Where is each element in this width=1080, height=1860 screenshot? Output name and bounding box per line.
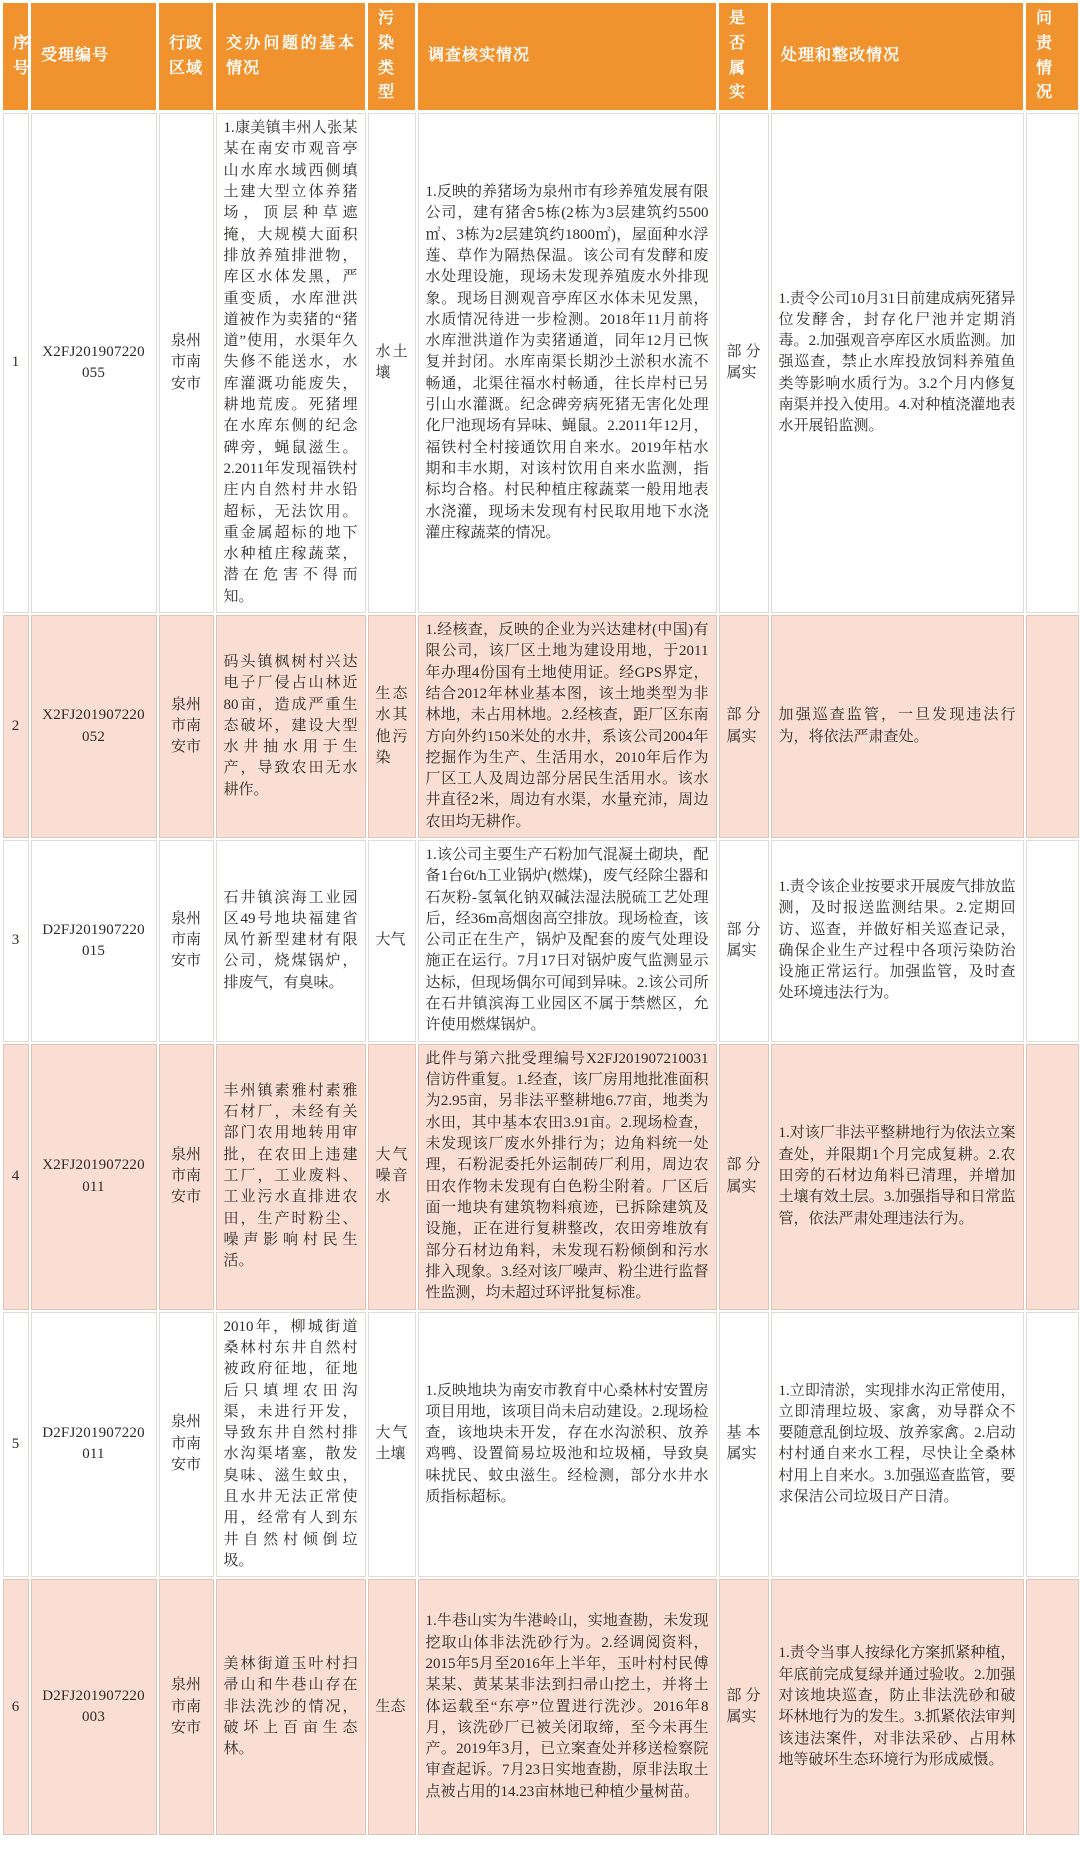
cell-acceptance-no: D2FJ201907220015 — [30, 839, 158, 1043]
table-row: 6 D2FJ201907220003 泉州市南安市 美林街道玉叶村扫帚山和牛巷山… — [2, 1578, 1080, 1836]
col-header-serial: 序号 — [2, 2, 30, 112]
cell-serial: 5 — [2, 1311, 30, 1579]
cell-pollution-type: 大气土壤 — [367, 1311, 417, 1579]
cell-investigation: 1.牛巷山实为牛港岭山，实地查勘，未发现挖取山体非法洗砂行为。2.经调阅资料，2… — [417, 1578, 718, 1836]
cell-acceptance-no: X2FJ201907220052 — [30, 614, 158, 839]
cell-rectification: 加强巡查监管，一旦发现违法行为，将依法严肃查处。 — [770, 614, 1025, 839]
header-row: 序号 受理编号 行政区域 交办问题的基本情况 污染类型 调查核实情况 是否属实 … — [2, 2, 1080, 112]
cell-serial: 3 — [2, 839, 30, 1043]
cell-acceptance-no: D2FJ201907220011 — [30, 1311, 158, 1579]
cell-accountability — [1025, 1578, 1080, 1836]
table-row: 4 X2FJ201907220011 泉州市南安市 丰州镇素雅村素雅石材厂，未经… — [2, 1043, 1080, 1311]
cell-acceptance-no: D2FJ201907220003 — [30, 1578, 158, 1836]
col-header-problem: 交办问题的基本情况 — [215, 2, 367, 112]
table-row-partial — [2, 1836, 1080, 1859]
col-header-region: 行政区域 — [158, 2, 215, 112]
cell-verified: 部分属实 — [718, 614, 770, 839]
cell-accountability — [1025, 112, 1080, 614]
cell-pollution-type: 大气噪音水 — [367, 1043, 417, 1311]
cell-investigation: 此件与第六批受理编号X2FJ201907210031信访件重复。1.经查，该厂房… — [417, 1043, 718, 1311]
col-header-verified: 是否属实 — [718, 2, 770, 112]
cell-region: 泉州市南安市 — [158, 839, 215, 1043]
cell-accountability — [1025, 614, 1080, 839]
table-row: 5 D2FJ201907220011 泉州市南安市 2010年，柳城街道桑林村东… — [2, 1311, 1080, 1579]
table-row: 1 X2FJ201907220055 泉州市南安市 1.康美镇丰州人张某某在南安… — [2, 112, 1080, 614]
cell-pollution-type: 生态水其他污染 — [367, 614, 417, 839]
cell-serial: 1 — [2, 112, 30, 614]
cell-accountability — [1025, 839, 1080, 1043]
cell-pollution-type: 水土壤 — [367, 112, 417, 614]
col-header-pollution-type: 污染类型 — [367, 2, 417, 112]
cell-problem: 2010年，柳城街道桑林村东井自然村被政府征地，征地后只填埋农田沟渠，未进行开发… — [215, 1311, 367, 1579]
cell-region: 泉州市南安市 — [158, 1043, 215, 1311]
cell-problem: 美林街道玉叶村扫帚山和牛巷山存在非法洗沙的情况，破坏上百亩生态林。 — [215, 1578, 367, 1836]
cell-serial: 6 — [2, 1578, 30, 1836]
table-row: 2 X2FJ201907220052 泉州市南安市 码头镇枫树村兴达电子厂侵占山… — [2, 614, 1080, 839]
cell-region: 泉州市南安市 — [158, 1311, 215, 1579]
cell-acceptance-no: X2FJ201907220055 — [30, 112, 158, 614]
cell-rectification: 1.立即清淤，实现排水沟正常使用，立即清理垃圾、家禽，劝导群众不要随意乱倒垃圾、… — [770, 1311, 1025, 1579]
cell-accountability — [1025, 1043, 1080, 1311]
cell-problem: 石井镇滨海工业园区49号地块福建省凤竹新型建材有限公司，烧煤锅炉，排废气，有臭味… — [215, 839, 367, 1043]
cell-region: 泉州市南安市 — [158, 1578, 215, 1836]
cell-verified: 部分属实 — [718, 1043, 770, 1311]
col-header-accountability: 问责情况 — [1025, 2, 1080, 112]
cell-region: 泉州市南安市 — [158, 112, 215, 614]
cell-verified: 部分属实 — [718, 839, 770, 1043]
table-row: 3 D2FJ201907220015 泉州市南安市 石井镇滨海工业园区49号地块… — [2, 839, 1080, 1043]
cell-investigation: 1.反映地块为南安市教育中心桑林村安置房项目用地，该项目尚未启动建设。2.现场检… — [417, 1311, 718, 1579]
cell-investigation: 1.该公司主要生产石粉加气混凝土砌块，配备1台6t/h工业锅炉(燃煤)，废气经除… — [417, 839, 718, 1043]
col-header-rectification: 处理和整改情况 — [770, 2, 1025, 112]
cell-verified: 部分属实 — [718, 112, 770, 614]
cell-accountability — [1025, 1311, 1080, 1579]
cell-region: 泉州市南安市 — [158, 614, 215, 839]
inspection-report-table: 序号 受理编号 行政区域 交办问题的基本情况 污染类型 调查核实情况 是否属实 … — [0, 0, 1080, 1860]
cell-problem: 码头镇枫树村兴达电子厂侵占山林近80亩，造成严重生态破坏，建设大型水井抽水用于生… — [215, 614, 367, 839]
cell-rectification: 1.责令公司10月31日前建成病死猪异位发酵舍，封存化尸池并定期消毒。2.加强观… — [770, 112, 1025, 614]
cell-pollution-type: 大气 — [367, 839, 417, 1043]
cell-rectification: 1.对该厂非法平整耕地行为依法立案查处，并限期1个月完成复耕。2.农田旁的石材边… — [770, 1043, 1025, 1311]
col-header-investigation: 调查核实情况 — [417, 2, 718, 112]
cell-problem: 1.康美镇丰州人张某某在南安市观音亭山水库水域西侧填土建大型立体养猪场，顶层种草… — [215, 112, 367, 614]
cell-rectification: 1.责令当事人按绿化方案抓紧种植，年底前完成复绿并通过验收。2.加强对该地块巡查… — [770, 1578, 1025, 1836]
cell-verified: 部分属实 — [718, 1578, 770, 1836]
cell-serial: 4 — [2, 1043, 30, 1311]
cell-serial: 2 — [2, 614, 30, 839]
cell-verified: 基本属实 — [718, 1311, 770, 1579]
cell-rectification: 1.责令该企业按要求开展废气排放监测，及时报送监测结果。2.定期回访、巡查，并做… — [770, 839, 1025, 1043]
cell-problem: 丰州镇素雅村素雅石材厂，未经有关部门农用地转用审批，在农田上违建工厂，工业废料、… — [215, 1043, 367, 1311]
cell-acceptance-no: X2FJ201907220011 — [30, 1043, 158, 1311]
partial-row-strip — [2, 1836, 1080, 1859]
col-header-acceptance-no: 受理编号 — [30, 2, 158, 112]
cell-investigation: 1.反映的养猪场为泉州市有珍养殖发展有限公司，建有猪舍5栋(2栋为3层建筑约55… — [417, 112, 718, 614]
cell-pollution-type: 生态 — [367, 1578, 417, 1836]
cell-investigation: 1.经核查，反映的企业为兴达建材(中国)有限公司，该厂区土地为建设用地，于201… — [417, 614, 718, 839]
